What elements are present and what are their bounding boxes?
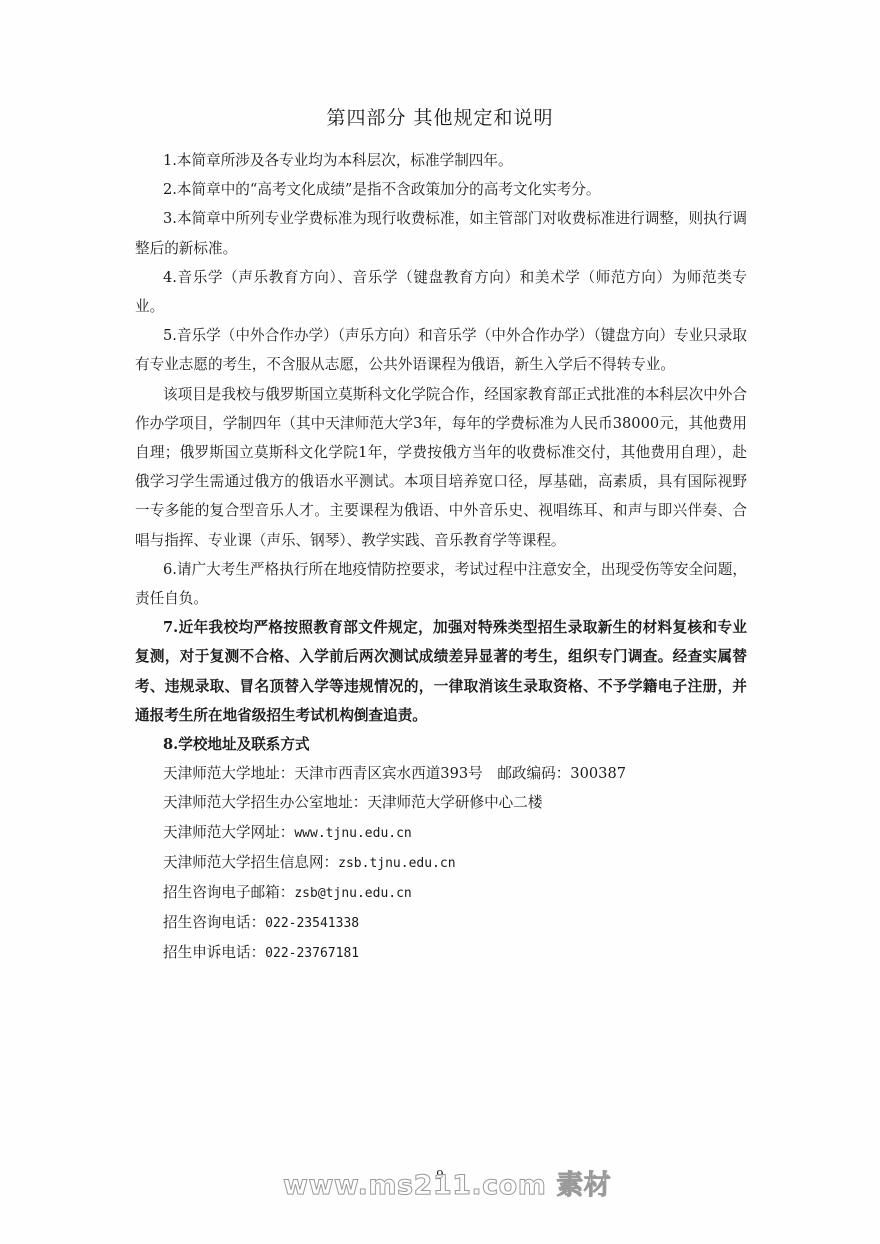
contact-website: 天津师范大学网址：www.tjnu.edu.cn [135,818,747,848]
contact-inquiry-phone: 招生咨询电话：022-23541338 [135,908,747,938]
contact-label: 天津师范大学地址： [163,765,294,782]
contact-label: 天津师范大学网址： [163,824,294,841]
website-link[interactable]: www.tjnu.edu.cn [294,826,411,841]
contact-label: 招生申诉电话： [163,944,265,961]
phone-number: 022-23541338 [265,916,359,931]
contact-value: 天津市西青区宾水西道393号 邮政编码：300387 [294,765,626,782]
paragraph-5-project-description: 该项目是我校与俄罗斯国立莫斯科文化学院合作，经国家教育部正式批准的本科层次中外合… [135,380,747,555]
contact-admissions-office: 天津师范大学招生办公室地址：天津师范大学研修中心二楼 [135,788,747,817]
section-title: 第四部分 其他规定和说明 [0,103,880,130]
watermark: www.ms211.com 素材 [283,1163,611,1202]
contact-heading: 8.学校地址及联系方式 [135,730,747,759]
contact-label: 招生咨询电子邮箱： [163,884,294,901]
contact-label: 天津师范大学招生信息网： [163,854,338,871]
contact-label: 天津师范大学招生办公室地址： [163,794,367,811]
paragraph-4: 4.音乐学（声乐教育方向）、音乐学（键盘教育方向）和美术学（师范方向）为师范类专… [135,263,747,321]
contact-value: 天津师范大学研修中心二楼 [367,794,542,811]
contact-email: 招生咨询电子邮箱：zsb@tjnu.edu.cn [135,878,747,908]
admissions-site-link[interactable]: zsb.tjnu.edu.cn [338,856,455,871]
paragraph-6: 6.请广大考生严格执行所在地疫情防控要求，考试过程中注意安全，出现受伤等安全问题… [135,555,747,613]
contact-admissions-site: 天津师范大学招生信息网：zsb.tjnu.edu.cn [135,848,747,878]
paragraph-5: 5.音乐学（中外合作办学）（声乐方向）和音乐学（中外合作办学）（键盘方向）专业只… [135,321,747,379]
contact-appeal-phone: 招生申诉电话：022-23767181 [135,938,747,968]
contact-label: 招生咨询电话： [163,914,265,931]
paragraph-1: 1.本简章所涉及各专业均为本科层次，标准学制四年。 [135,146,747,175]
phone-number: 022-23767181 [265,946,359,961]
paragraph-7: 7.近年我校均严格按照教育部文件规定，加强对特殊类型招生录取新生的材料复核和专业… [135,613,747,730]
contact-address: 天津师范大学地址：天津市西青区宾水西道393号 邮政编码：300387 [135,759,747,788]
document-body: 1.本简章所涉及各专业均为本科层次，标准学制四年。 2.本简章中的“高考文化成绩… [135,146,747,969]
paragraph-3: 3.本简章中所列专业学费标准为现行收费标准，如主管部门对收费标准进行调整，则执行… [135,204,747,262]
email-link[interactable]: zsb@tjnu.edu.cn [294,886,411,901]
document-page: 第四部分 其他规定和说明 1.本简章所涉及各专业均为本科层次，标准学制四年。 2… [0,0,880,1244]
paragraph-2: 2.本简章中的“高考文化成绩”是指不含政策加分的高考文化实考分。 [135,175,747,204]
